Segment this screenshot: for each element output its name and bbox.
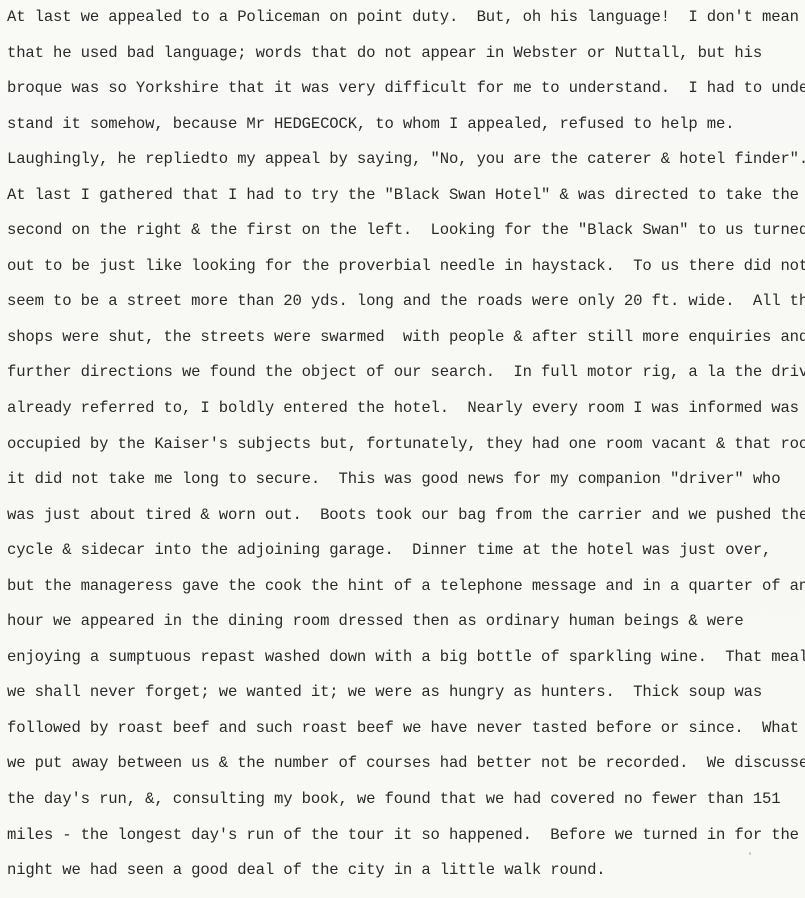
text-line: stand it somehow, because Mr HEDGECOCK, …: [7, 111, 805, 147]
text-line: that he used bad language; words that do…: [7, 40, 805, 76]
text-line: At last I gathered that I had to try the…: [7, 182, 805, 218]
text-line: second on the right & the first on the l…: [7, 217, 805, 253]
text-line: already referred to, I boldly entered th…: [7, 395, 805, 431]
text-line: but the manageress gave the cook the hin…: [7, 573, 805, 609]
text-line: cycle & sidecar into the adjoining garag…: [7, 537, 805, 573]
typewritten-text-block: At last we appealed to a Policeman on po…: [7, 4, 805, 893]
text-line: it did not take me long to secure. This …: [7, 466, 805, 502]
text-line: night we had seen a good deal of the cit…: [7, 857, 805, 893]
text-line: we shall never forget; we wanted it; we …: [7, 679, 805, 715]
text-line: At last we appealed to a Policeman on po…: [7, 4, 805, 40]
text-line: occupied by the Kaiser's subjects but, f…: [7, 431, 805, 467]
text-line: seem to be a street more than 20 yds. lo…: [7, 288, 805, 324]
text-line: followed by roast beef and such roast be…: [7, 715, 805, 751]
text-line: the day's run, &, consulting my book, we…: [7, 786, 805, 822]
text-line: we put away between us & the number of c…: [7, 750, 805, 786]
text-line: enjoying a sumptuous repast washed down …: [7, 644, 805, 680]
paper-speck: [749, 852, 751, 855]
text-line: broque was so Yorkshire that it was very…: [7, 75, 805, 111]
text-line: miles - the longest day's run of the tou…: [7, 822, 805, 858]
text-line: out to be just like looking for the prov…: [7, 253, 805, 289]
text-line: further directions we found the object o…: [7, 359, 805, 395]
text-line: shops were shut, the streets were swarme…: [7, 324, 805, 360]
document-page: At last we appealed to a Policeman on po…: [0, 0, 805, 898]
text-line: Laughingly, he repliedto my appeal by sa…: [7, 146, 805, 182]
text-line: hour we appeared in the dining room dres…: [7, 608, 805, 644]
text-line: was just about tired & worn out. Boots t…: [7, 502, 805, 538]
